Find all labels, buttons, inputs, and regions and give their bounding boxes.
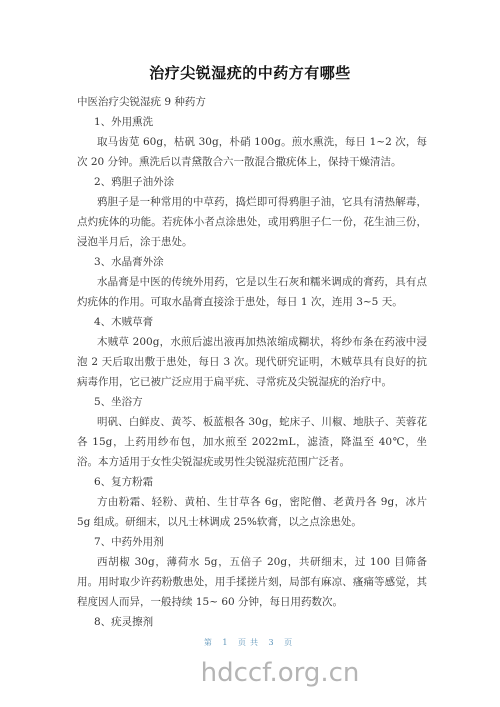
section-heading: 6、复方粉霜 — [77, 472, 427, 492]
section-heading: 3、水晶膏外涂 — [77, 252, 427, 272]
section-heading: 5、坐浴方 — [77, 392, 427, 412]
section-text: 鸦胆子是一种常用的中草药，捣烂即可得鸦胆子油，它具有清热解毒，点灼疣体的功能。若… — [77, 192, 427, 252]
section-text: 木贼草 200g，水煎后滤出液再加热浓缩成糊状，将纱布条在药液中浸泡 2 天后取… — [77, 332, 427, 392]
document-title: 治疗尖锐湿疣的中药方有哪些 — [0, 62, 500, 83]
page-number: 第 1 页共 3 页 — [0, 637, 500, 648]
section-heading: 2、鸦胆子油外涂 — [77, 172, 427, 192]
section-text: 方由粉霜、轻粉、黄柏、生甘草各 6g，密陀僧、老黄丹各 9g，冰片 5g 组成。… — [77, 492, 427, 532]
section-text: 取马齿苋 60g，枯矾 30g，朴硝 100g。煎水熏洗，每日 1~2 次，每次… — [77, 132, 427, 172]
section-heading: 7、中药外用剂 — [77, 532, 427, 552]
section-text: 水晶膏是中医的传统外用药，它是以生石灰和糯米调成的膏药，具有点灼疣体的作用。可取… — [77, 272, 427, 312]
section-text: 西胡椒 30g，薄荷水 5g，五倍子 20g，共研细末，过 100 目筛备用。用… — [77, 552, 427, 612]
section-heading: 8、疣灵擦剂 — [77, 612, 427, 632]
intro-line: 中医治疗尖锐湿疣 9 种药方 — [77, 92, 427, 112]
watermark: hdccf.org.cn — [0, 658, 500, 688]
section-heading: 4、木贼草膏 — [77, 312, 427, 332]
document-body: 中医治疗尖锐湿疣 9 种药方 1、外用熏洗 取马齿苋 60g，枯矾 30g，朴硝… — [77, 92, 427, 632]
section-heading: 1、外用熏洗 — [77, 112, 427, 132]
section-text: 明矾、白鲜皮、黄芩、板蓝根各 30g，蛇床子、川椒、地肤子、芙蓉花各 15g，上… — [77, 412, 427, 472]
